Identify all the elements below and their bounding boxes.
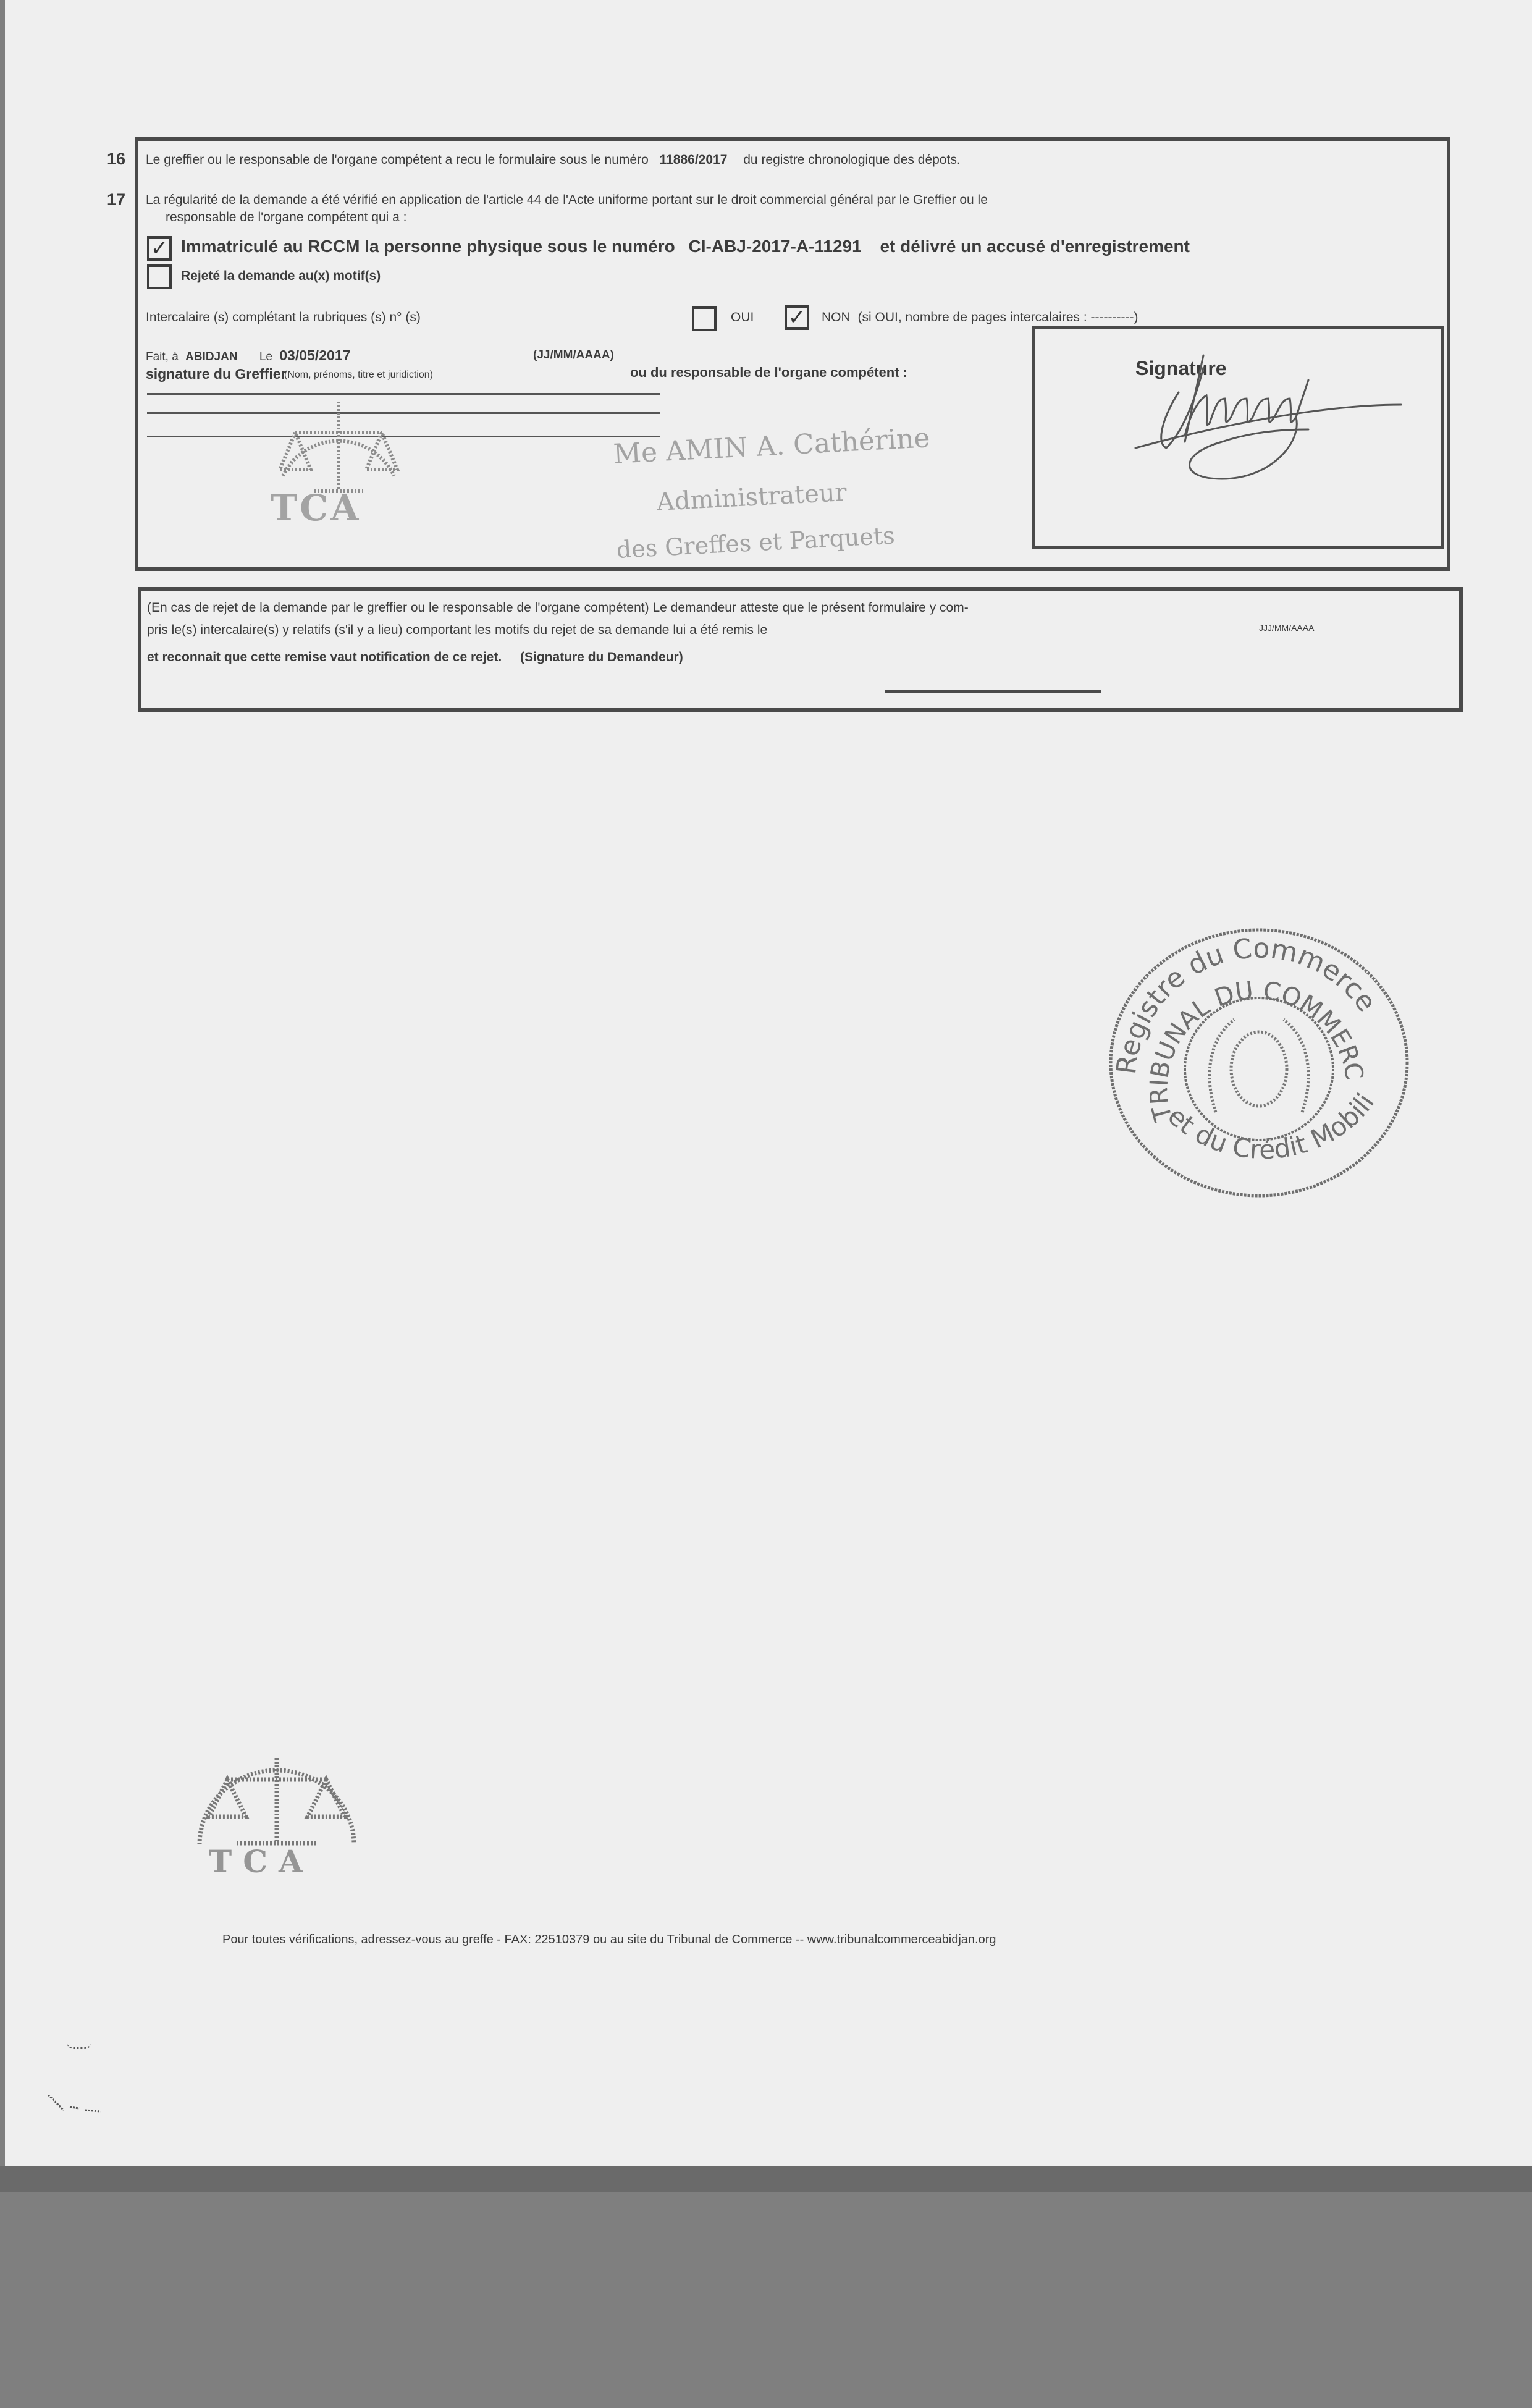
rejected-checkbox[interactable] (147, 264, 172, 289)
section16-text: Le greffier ou le responsable de l'organ… (146, 153, 649, 167)
intercalaire-label: Intercalaire (s) complétant la rubriques… (146, 310, 421, 325)
date-format: (JJ/MM/AAAA) (533, 349, 614, 362)
non-label-line: NON (si OUI, nombre de pages intercalair… (822, 310, 1138, 325)
registered-option-line: Immatriculé au RCCM la personne physique… (181, 237, 1190, 256)
fait-a-label: Fait, à (146, 350, 179, 363)
registered-text: Immatriculé au RCCM la personne physique… (181, 237, 675, 256)
rejection-line1: (En cas de rejet de la demande par le gr… (147, 601, 969, 615)
rejected-label: Rejeté la demande au(x) motif(s) (181, 269, 381, 284)
footer-verification-text: Pour toutes vérifications, adressez-vous… (222, 1933, 996, 1947)
oui-label: OUI (731, 310, 754, 325)
scanned-page: 16 17 Le greffier ou le responsable de l… (5, 0, 1532, 2166)
non-checkbox[interactable]: ✓ (785, 305, 809, 330)
section-number-17: 17 (107, 190, 125, 209)
registered-text-after: et délivré un accusé d'enregistrement (880, 237, 1190, 256)
le-label: Le (259, 350, 272, 363)
rejection-line2: pris le(s) intercalaire(s) y relatifs (s… (147, 623, 767, 638)
stray-mark-2 (48, 2095, 104, 2113)
section-number-16: 16 (107, 150, 125, 169)
handwritten-signature (1111, 337, 1407, 491)
place: ABIDJAN (185, 350, 237, 363)
rccm-number: CI-ABJ-2017-A-11291 (689, 237, 862, 256)
intercalaire-note: (si OUI, nombre de pages intercalaires :… (858, 310, 1138, 324)
tca-logo-text: TCA (271, 487, 361, 529)
stray-mark (67, 2042, 91, 2049)
section16-text-after: du registre chronologique des dépots. (743, 153, 960, 167)
tca-logo-scales: TCA (258, 383, 419, 525)
official-round-stamp: Registre du Commerce TRIBUNAL DU COMMERC… (1092, 915, 1426, 1211)
section17-line2: responsable de l'organe compétent qui a … (166, 210, 406, 225)
oui-checkbox[interactable] (692, 306, 717, 331)
responsable-label: ou du responsable de l'organe compétent … (630, 365, 907, 381)
section17-line1: La régularité de la demande a été vérifi… (146, 193, 988, 208)
rejection-date-format: JJJ/MM/AAAA (1259, 623, 1314, 633)
demandeur-signature-line (885, 690, 1101, 693)
footer-logo-text: TCA (209, 1843, 314, 1880)
rejection-text: et reconnait que cette remise vaut notif… (147, 650, 502, 664)
date: 03/05/2017 (279, 347, 350, 363)
non-label: NON (822, 310, 851, 324)
rejection-line3: et reconnait que cette remise vaut notif… (147, 650, 683, 665)
registry-number: 11886/2017 (660, 153, 728, 167)
fait-a-line: Fait, à ABIDJAN Le 03/05/2017 (146, 347, 350, 364)
signature-greffier-hint: (Nom, prénoms, titre et juridiction) (284, 370, 433, 381)
section16-line: Le greffier ou le responsable de l'organ… (146, 153, 961, 167)
registered-checkbox[interactable]: ✓ (147, 236, 172, 261)
tca-logo-footer: TCA (184, 1733, 369, 1875)
demandeur-signature-label: (Signature du Demandeur) (520, 650, 683, 664)
signature-greffier-label: signature du Greffier (146, 366, 286, 382)
scanner-edge-band (0, 2166, 1532, 2192)
